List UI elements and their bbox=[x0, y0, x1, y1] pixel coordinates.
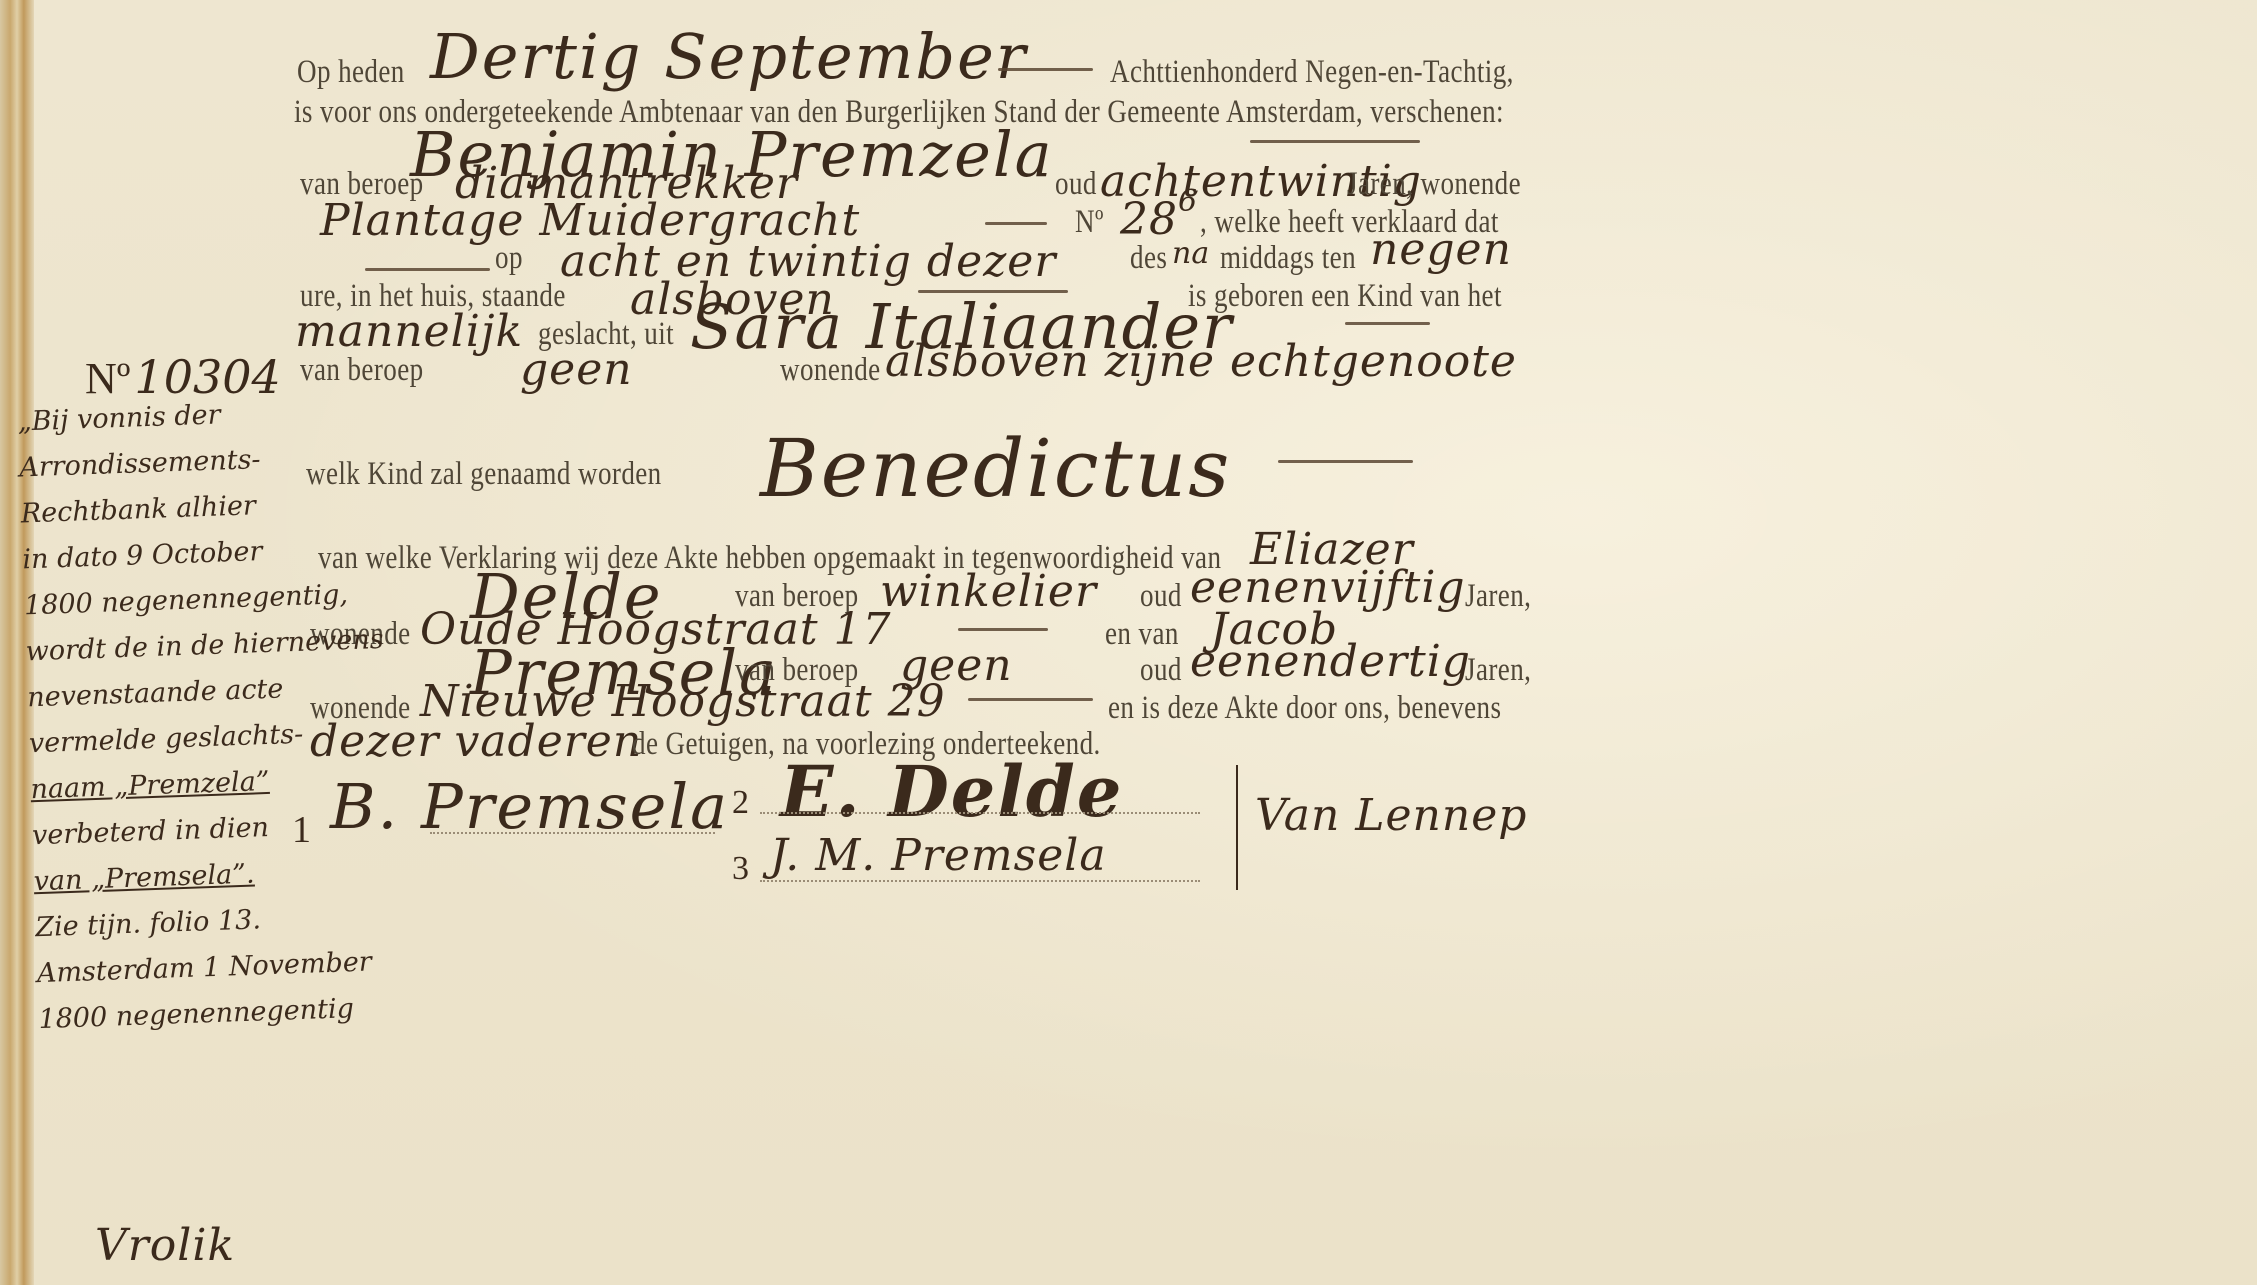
handwritten-house-number: 28 bbox=[1120, 194, 1178, 245]
signature-official: Van Lennep bbox=[1255, 790, 1527, 841]
filler-dash bbox=[365, 268, 490, 271]
signature-witness2: J. M. Premsela bbox=[770, 830, 1107, 881]
printed-oud-w1: oud bbox=[1140, 578, 1182, 615]
printed-des: des bbox=[1130, 240, 1167, 277]
printed-akte-door-ons: en is deze Akte door ons, benevens bbox=[1108, 690, 1501, 727]
margin-annotation: „Bij vonnis der Arrondissements- Rechtba… bbox=[17, 385, 459, 1043]
brace-divider bbox=[1236, 765, 1238, 890]
printed-is-geboren: is geboren een Kind van het bbox=[1188, 278, 1502, 315]
filler-dash bbox=[998, 68, 1093, 71]
handwritten-date: Dertig September bbox=[430, 20, 1027, 93]
printed-jaren-w1: Jaren, bbox=[1465, 578, 1531, 615]
filler-dash bbox=[985, 222, 1047, 225]
filler-dash bbox=[1278, 460, 1413, 463]
handwritten-house-number-suffix: 6 bbox=[1178, 184, 1197, 219]
printed-en-van: en van bbox=[1105, 616, 1179, 653]
margin-signature: Vrolik bbox=[95, 1220, 235, 1271]
printed-oud: oud bbox=[1055, 166, 1097, 203]
handwritten-child-name: Benedictus bbox=[760, 422, 1231, 515]
signature-witness1: E. Delde bbox=[780, 750, 1123, 833]
signature-number-2: 2 bbox=[732, 784, 749, 822]
printed-year: Achttienhonderd Negen-en-Tachtig, bbox=[1110, 54, 1514, 91]
handwritten-mother-occupation: geen bbox=[520, 344, 633, 395]
printed-wonende-mother: wonende bbox=[780, 352, 881, 389]
handwritten-mother-residence: alsboven zijne echtgenoote bbox=[885, 336, 1517, 387]
signature-number-3: 3 bbox=[732, 850, 749, 888]
printed-jaren-wonende: Jaren, wonende bbox=[1347, 166, 1521, 203]
printed-op-heden: Op heden bbox=[297, 54, 405, 91]
handwritten-witness2-age: eenendertig bbox=[1190, 636, 1471, 687]
signature-line-3 bbox=[760, 880, 1200, 882]
signature-line-1 bbox=[430, 832, 715, 834]
handwritten-day-part: na bbox=[1172, 236, 1209, 271]
printed-van-beroep-mother: van beroep bbox=[300, 352, 424, 389]
printed-op: op bbox=[495, 240, 523, 277]
printed-jaren-w2: Jaren, bbox=[1465, 652, 1531, 689]
handwritten-sex: mannelijk bbox=[295, 306, 523, 357]
filler-dash bbox=[968, 698, 1093, 701]
handwritten-witness1-occupation: winkelier bbox=[880, 566, 1097, 617]
printed-no: Nº bbox=[1075, 204, 1104, 241]
printed-middags-ten: middags ten bbox=[1220, 240, 1356, 277]
signature-line-2 bbox=[760, 812, 1200, 814]
filler-dash bbox=[958, 628, 1048, 631]
handwritten-birth-hour: negen bbox=[1370, 224, 1512, 275]
printed-oud-w2: oud bbox=[1140, 652, 1182, 689]
filler-dash bbox=[1345, 322, 1430, 325]
filler-dash bbox=[1250, 140, 1420, 143]
